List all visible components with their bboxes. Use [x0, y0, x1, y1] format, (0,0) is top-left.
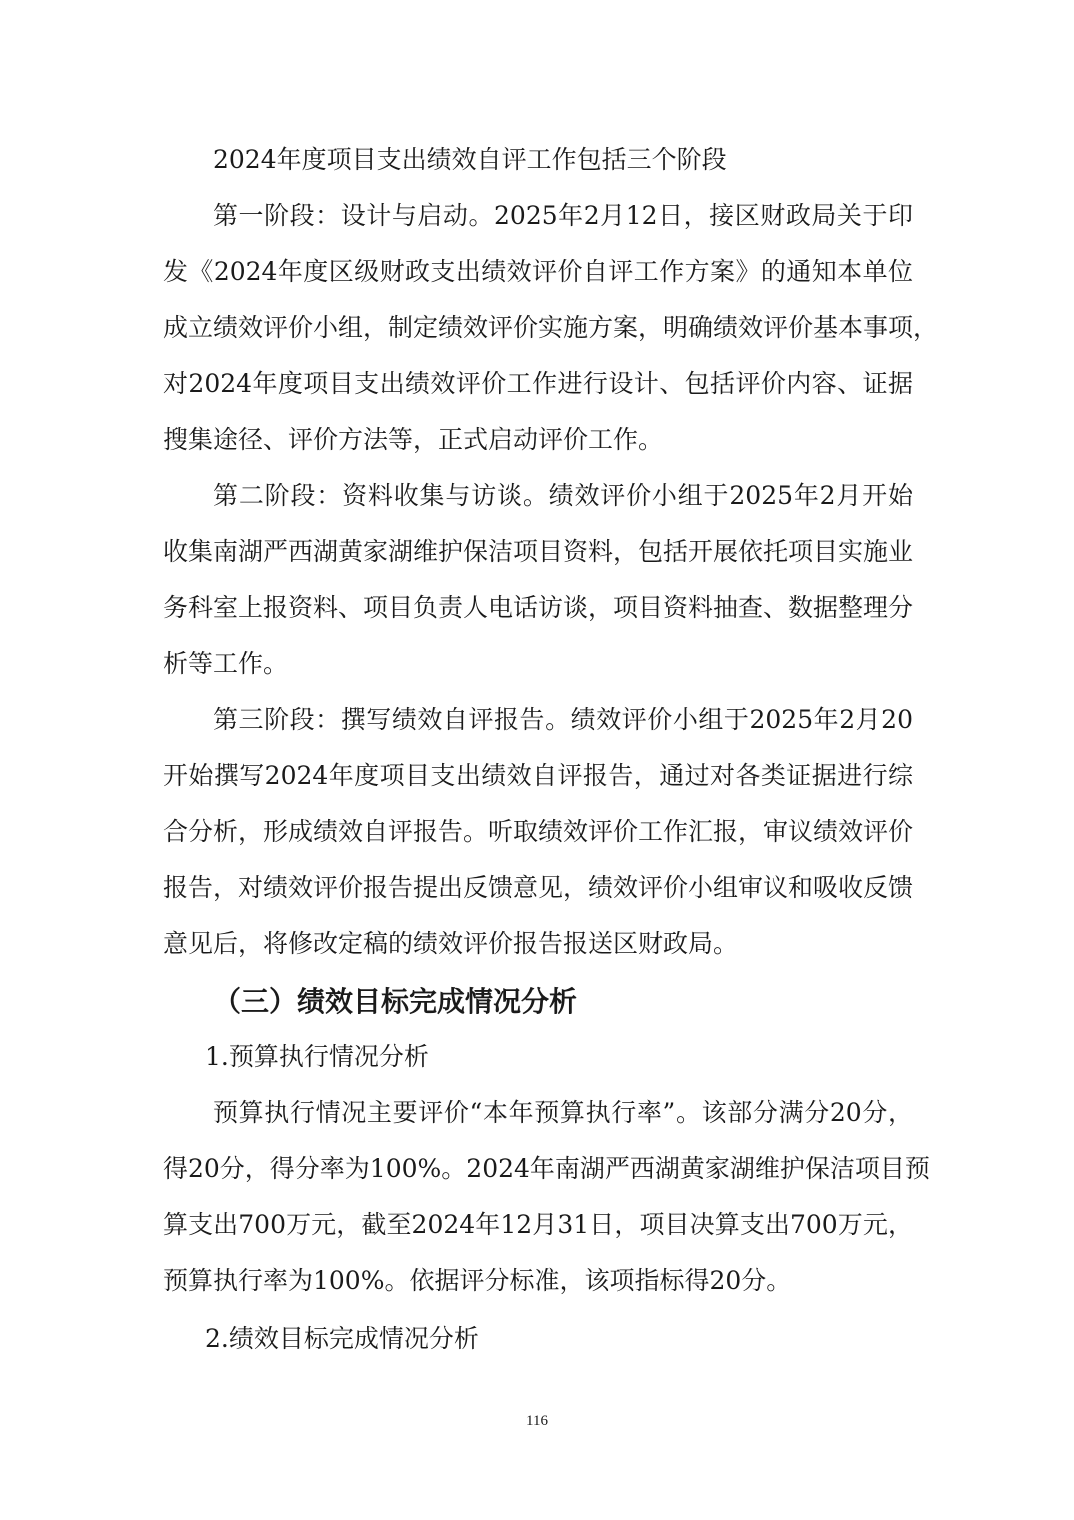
- stage3-line: 合分析，形成绩效自评报告。听取绩效评价工作汇报，审议绩效评价: [163, 815, 913, 849]
- stage3-line: 意见后，将修改定稿的绩效评价报告报送区财政局。: [163, 927, 913, 961]
- document-page: 2024年度项目支出绩效自评工作包括三个阶段 第一阶段：设计与启动。2025年2…: [0, 0, 1074, 1520]
- intro-paragraph: 2024年度项目支出绩效自评工作包括三个阶段: [213, 143, 913, 177]
- stage2-line: 第二阶段：资料收集与访谈。绩效评价小组于2025年2月开始: [213, 479, 913, 513]
- budget-line: 预算执行率为100%。依据评分标准，该项指标得20分。: [163, 1264, 913, 1298]
- budget-line: 算支出700万元，截至2024年12月31日，项目决算支出700万元，: [163, 1208, 913, 1242]
- subsection-title: 1.预算执行情况分析: [205, 1040, 905, 1074]
- stage2-line: 务科室上报资料、项目负责人电话访谈，项目资料抽查、数据整理分: [163, 591, 913, 625]
- stage3-line: 开始撰写2024年度项目支出绩效自评报告，通过对各类证据进行综: [163, 759, 913, 793]
- section-heading: （三）绩效目标完成情况分析: [213, 983, 577, 1021]
- stage2-line: 析等工作。: [163, 647, 913, 681]
- stage1-line: 对2024年度项目支出绩效评价工作进行设计、包括评价内容、证据: [163, 367, 913, 401]
- stage2-line: 收集南湖严西湖黄家湖维护保洁项目资料，包括开展依托项目实施业: [163, 535, 913, 569]
- stage3-line: 报告，对绩效评价报告提出反馈意见，绩效评价小组审议和吸收反馈: [163, 871, 913, 905]
- page-number: 116: [0, 1413, 1074, 1430]
- stage1-line: 成立绩效评价小组，制定绩效评价实施方案，明确绩效评价基本事项，: [163, 311, 913, 345]
- subsection-title: 2.绩效目标完成情况分析: [205, 1322, 905, 1356]
- stage1-line: 发《2024年度区级财政支出绩效评价自评工作方案》的通知本单位: [163, 255, 913, 289]
- stage1-line: 搜集途径、评价方法等，正式启动评价工作。: [163, 423, 913, 457]
- stage3-line: 第三阶段：撰写绩效自评报告。绩效评价小组于2025年2月20: [213, 703, 913, 737]
- budget-line: 预算执行情况主要评价“本年预算执行率”。该部分满分20分，: [213, 1096, 913, 1130]
- budget-line: 得20分，得分率为100%。2024年南湖严西湖黄家湖维护保洁项目预: [163, 1152, 913, 1186]
- stage1-line: 第一阶段：设计与启动。2025年2月12日，接区财政局关于印: [213, 199, 913, 233]
